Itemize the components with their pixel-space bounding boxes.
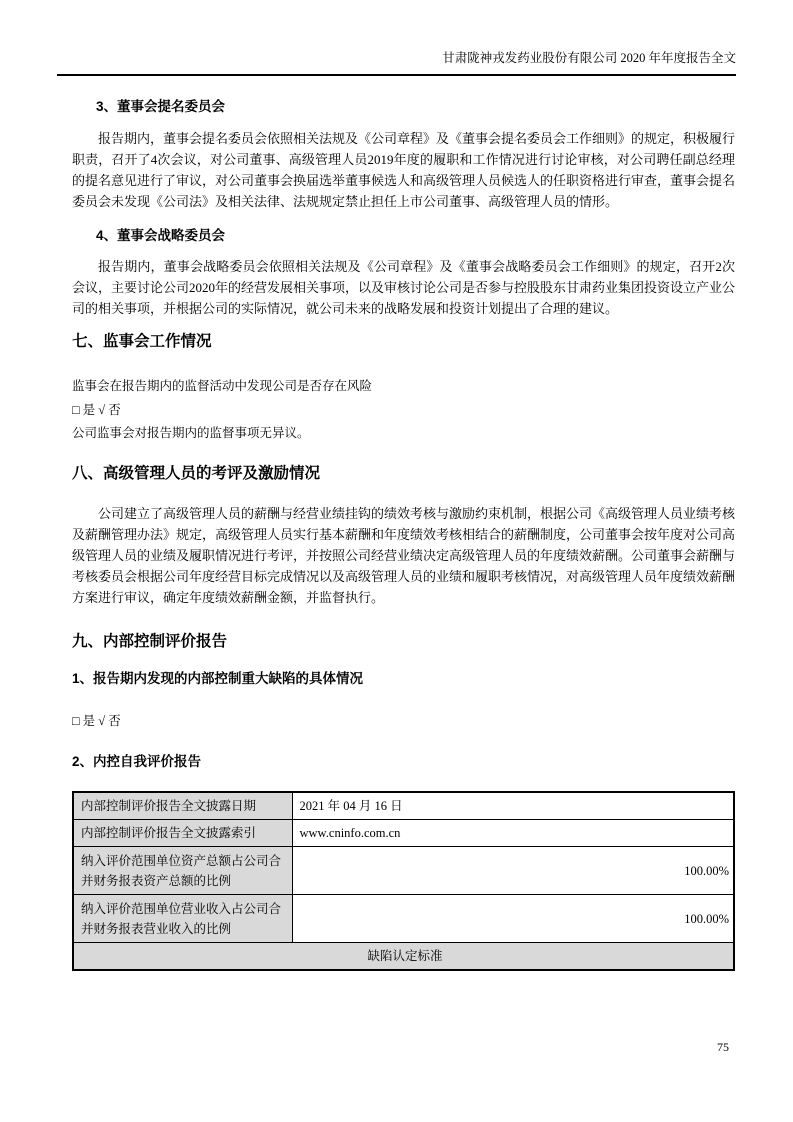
- paragraph-executive-evaluation: 公司建立了高级管理人员的薪酬与经营业绩挂钩的绩效考核与激励约束机制，根据公司《高…: [72, 503, 735, 608]
- heading-strategy-committee: 4、董事会战略委员会: [96, 227, 735, 245]
- supervisory-yes-no-checkbox: □ 是 √ 否: [72, 402, 735, 419]
- supervisory-statement: 公司监事会对报告期内的监督事项无异议。: [72, 425, 735, 442]
- table-row-value: 100.00%: [292, 895, 734, 943]
- table-row-value: 2021 年 04 月 16 日: [292, 792, 734, 820]
- paragraph-nomination-committee: 报告期内，董事会提名委员会依照相关法规及《公司章程》及《董事会提名委员会工作细则…: [72, 128, 735, 212]
- table-footer-row: 缺陷认定标准: [73, 943, 734, 971]
- table-row: 纳入评价范围单位营业收入占公司合并财务报表营业收入的比例 100.00%: [73, 895, 734, 943]
- table-row-value: www.cninfo.com.cn: [292, 820, 734, 847]
- heading-internal-control-defects: 1、报告期内发现的内部控制重大缺陷的具体情况: [72, 670, 735, 688]
- internal-control-yes-no-checkbox: □ 是 √ 否: [72, 713, 735, 730]
- table-row-label: 内部控制评价报告全文披露索引: [73, 820, 292, 847]
- table-footer-label: 缺陷认定标准: [73, 943, 734, 971]
- page-content: 3、董事会提名委员会 报告期内，董事会提名委员会依照相关法规及《公司章程》及《董…: [72, 0, 735, 971]
- table-row-label: 纳入评价范围单位资产总额占公司合并财务报表资产总额的比例: [73, 847, 292, 895]
- page-number: 75: [717, 1040, 729, 1055]
- heading-self-evaluation-report: 2、内控自我评价报告: [72, 753, 735, 771]
- table-row: 纳入评价范围单位资产总额占公司合并财务报表资产总额的比例 100.00%: [73, 847, 734, 895]
- table-row: 内部控制评价报告全文披露索引 www.cninfo.com.cn: [73, 820, 734, 847]
- heading-executive-evaluation: 八、高级管理人员的考评及激励情况: [72, 463, 735, 485]
- heading-internal-control-report: 九、内部控制评价报告: [72, 631, 735, 653]
- table-row-label: 纳入评价范围单位营业收入占公司合并财务报表营业收入的比例: [73, 895, 292, 943]
- table-row-label: 内部控制评价报告全文披露日期: [73, 792, 292, 820]
- heading-nomination-committee: 3、董事会提名委员会: [96, 98, 735, 116]
- paragraph-strategy-committee: 报告期内，董事会战略委员会依照相关法规及《公司章程》及《董事会战略委员会工作细则…: [72, 256, 735, 319]
- table-row: 内部控制评价报告全文披露日期 2021 年 04 月 16 日: [73, 792, 734, 820]
- report-page: 甘肃陇神戎发药业股份有限公司 2020 年年度报告全文 3、董事会提名委员会 报…: [0, 0, 793, 1122]
- internal-control-table: 内部控制评价报告全文披露日期 2021 年 04 月 16 日 内部控制评价报告…: [72, 791, 735, 971]
- heading-supervisory-board: 七、监事会工作情况: [72, 331, 735, 353]
- supervisory-risk-question: 监事会在报告期内的监督活动中发现公司是否存在风险: [72, 378, 735, 395]
- table-row-value: 100.00%: [292, 847, 734, 895]
